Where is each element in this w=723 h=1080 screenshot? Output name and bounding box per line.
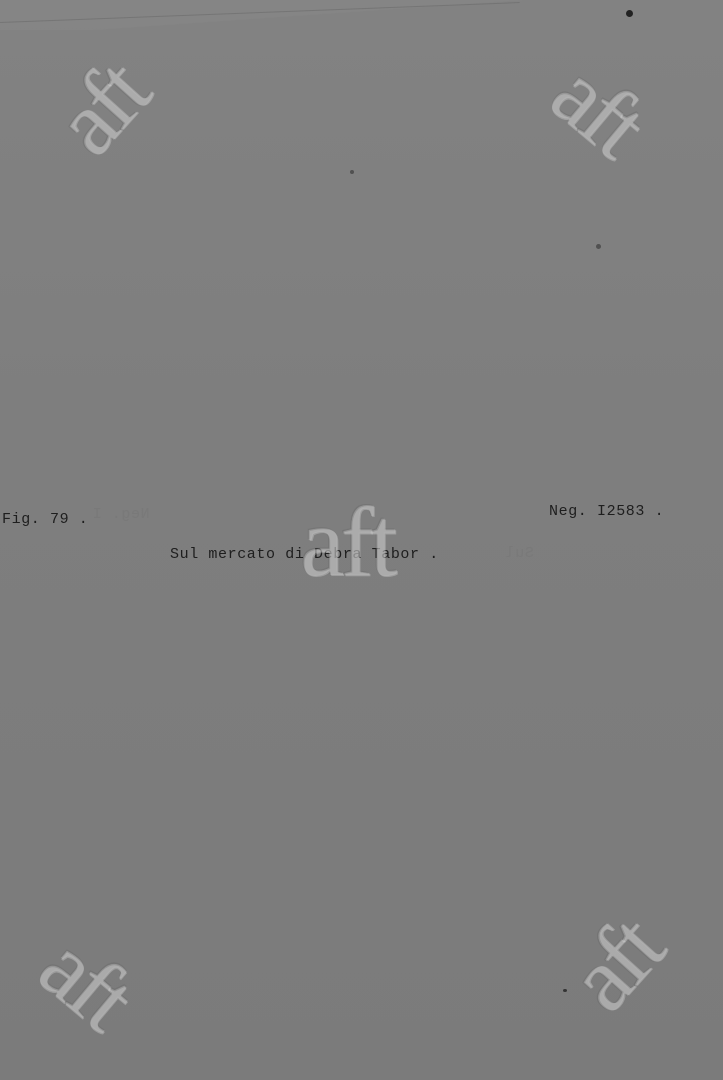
dust-speck	[626, 10, 633, 17]
bleed-through-figure-label: Neg. I	[92, 506, 150, 523]
watermark-top-left: aft	[38, 46, 163, 171]
watermark-top-right: aft	[536, 45, 660, 170]
negative-number: Neg. I2583 .	[549, 503, 664, 520]
dust-speck	[563, 989, 567, 992]
paper-top-edge	[0, 0, 723, 30]
archive-card: Neg. I Sul Fig. 79 . Neg. I2583 . Sul me…	[0, 0, 723, 1080]
watermark-bottom-left: aft	[24, 918, 148, 1043]
watermark-center: aft	[300, 492, 393, 592]
bleed-through-caption: Sul	[505, 545, 534, 562]
dust-speck	[350, 170, 354, 174]
watermark-bottom-right: aft	[552, 902, 677, 1027]
dust-speck	[596, 244, 601, 249]
figure-label: Fig. 79 .	[2, 511, 88, 528]
